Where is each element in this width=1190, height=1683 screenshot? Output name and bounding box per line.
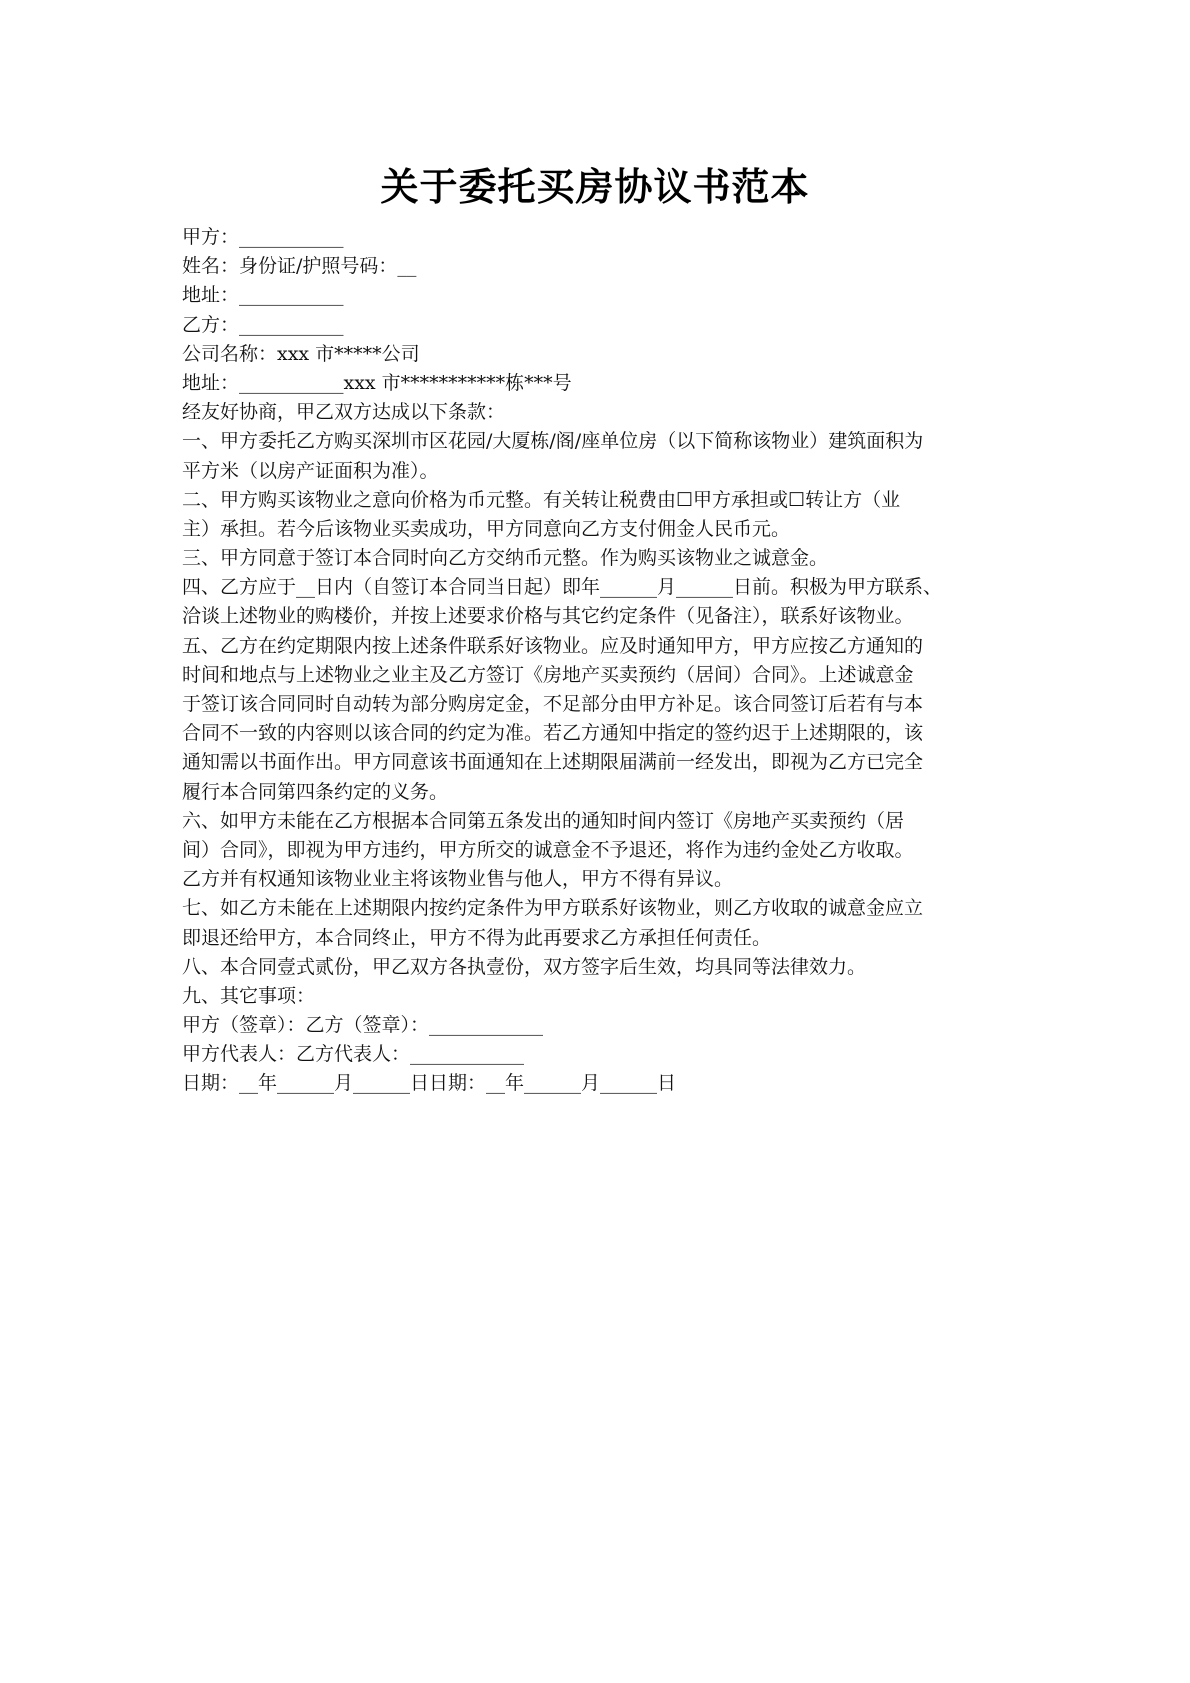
document-title: 关于委托买房协议书范本 xyxy=(0,162,1190,212)
clause-5-line: 合同不一致的内容则以该合同的约定为准。若乙方通知中指定的签约迟于上述期限的，该 xyxy=(182,719,1022,748)
clause-2-line: 主）承担。若今后该物业买卖成功，甲方同意向乙方支付佣金人民币元。 xyxy=(182,515,1022,544)
clause-3-line: 三、甲方同意于签订本合同时向乙方交纳币元整。作为购买该物业之诚意金。 xyxy=(182,544,1022,573)
date-line: 日期：__年______月______日日期：__年______月______日 xyxy=(182,1069,1022,1098)
clause-4-line: 四、乙方应于__日内（自签订本合同当日起）即年______月______日前。积… xyxy=(182,573,1022,602)
party-b-line: 乙方：___________ xyxy=(182,311,1022,340)
clause-5-line: 时间和地点与上述物业之业主及乙方签订《房地产买卖预约（居间）合同》。上述诚意金 xyxy=(182,661,1022,690)
clause-2-line: 二、甲方购买该物业之意向价格为币元整。有关转让税费由☐甲方承担或☐转让方（业 xyxy=(182,486,1022,515)
clause-1-line: 平方米（以房产证面积为准）。 xyxy=(182,457,1022,486)
party-a-line: 甲方：___________ xyxy=(182,223,1022,252)
clause-6-line: 六、如甲方未能在乙方根据本合同第五条发出的通知时间内签订《房地产买卖预约（居 xyxy=(182,807,1022,836)
clause-6-line: 乙方并有权通知该物业业主将该物业售与他人，甲方不得有异议。 xyxy=(182,865,1022,894)
clause-5-line: 通知需以书面作出。甲方同意该书面通知在上述期限届满前一经发出，即视为乙方已完全 xyxy=(182,748,1022,777)
clause-9-line: 九、其它事项： xyxy=(182,982,1022,1011)
clause-7-line: 七、如乙方未能在上述期限内按约定条件为甲方联系好该物业，则乙方收取的诚意金应立 xyxy=(182,894,1022,923)
representative-line: 甲方代表人：乙方代表人：____________ xyxy=(182,1040,1022,1069)
document-page: 关于委托买房协议书范本 甲方：___________ 姓名：身份证/护照号码：_… xyxy=(0,0,1190,1683)
preamble-line: 经友好协商，甲乙双方达成以下条款： xyxy=(182,398,1022,427)
clause-1-line: 一、甲方委托乙方购买深圳市区花园/大厦栋/阁/座单位房（以下简称该物业）建筑面积… xyxy=(182,427,1022,456)
party-a-address-line: 地址：___________ xyxy=(182,281,1022,310)
document-body: 甲方：___________ 姓名：身份证/护照号码：__ 地址：_______… xyxy=(182,223,1022,1099)
clause-5-line: 于签订该合同同时自动转为部分购房定金，不足部分由甲方补足。该合同签订后若有与本 xyxy=(182,690,1022,719)
clause-5-line: 履行本合同第四条约定的义务。 xyxy=(182,778,1022,807)
clause-7-line: 即退还给甲方，本合同终止，甲方不得为此再要求乙方承担任何责任。 xyxy=(182,924,1022,953)
party-a-id-line: 姓名：身份证/护照号码：__ xyxy=(182,252,1022,281)
company-name-line: 公司名称：xxx 市*****公司 xyxy=(182,340,1022,369)
party-b-address-line: 地址：___________xxx 市***********栋***号 xyxy=(182,369,1022,398)
clause-5-line: 五、乙方在约定期限内按上述条件联系好该物业。应及时通知甲方，甲方应按乙方通知的 xyxy=(182,632,1022,661)
clause-6-line: 间）合同》，即视为甲方违约，甲方所交的诚意金不予退还，将作为违约金处乙方收取。 xyxy=(182,836,1022,865)
clause-4-line: 洽谈上述物业的购楼价，并按上述要求价格与其它约定条件（见备注），联系好该物业。 xyxy=(182,602,1022,631)
signature-line: 甲方（签章）：乙方（签章）：____________ xyxy=(182,1011,1022,1040)
clause-8-line: 八、本合同壹式贰份，甲乙双方各执壹份，双方签字后生效，均具同等法律效力。 xyxy=(182,953,1022,982)
